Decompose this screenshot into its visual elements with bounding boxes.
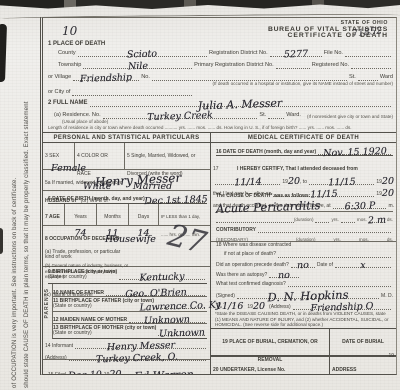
duration-label-2: (duration) <box>296 237 316 242</box>
margin-instruction-line2: of OCCUPATION is very important. See ins… <box>12 178 18 388</box>
duration-yrs-label: yrs. <box>331 217 338 222</box>
dob-row: 6 DATE OF BIRTH (month, day, and year) D… <box>48 191 207 204</box>
undertaker-label: 20 UNDERTAKER, License No. <box>213 367 285 373</box>
father-birthplace-field: Lawrence Co. Ky. <box>156 300 205 309</box>
age-days-label: Days <box>138 214 149 220</box>
undertaker-address-label: ADDRESS <box>332 367 356 373</box>
violent-causes-note: *State the DISEASE CAUSING DEATH, or in … <box>215 311 392 327</box>
duration-label: (duration) <box>294 217 314 222</box>
township-value: Nile <box>128 62 148 70</box>
occupation-a-label: (a) Trade, profession, or particular kin… <box>45 250 123 261</box>
abode-note: (Usual place of abode) <box>62 119 108 124</box>
township-label: Township <box>58 62 81 69</box>
test-row: What test confirmed diagnosis? <box>216 278 393 287</box>
registration-district-value: 5277 <box>284 50 308 58</box>
certify-block: 17 I HEREBY CERTIFY, That I attended dec… <box>211 156 396 194</box>
father-row: 10 NAME OF FATHER Geo. O'Brien <box>52 284 207 297</box>
operation-date-field: x <box>335 259 391 268</box>
parents-vertical-label: PARENTS <box>44 288 50 319</box>
primary-registration-label: Primary Registration District No. <box>194 62 274 69</box>
duration-yrs-label-2: yrs. <box>333 237 340 242</box>
registration-district-label: Registration District No. <box>209 50 268 57</box>
personal-column-title: PERSONAL AND STATISTICAL PARTICULARS <box>43 133 210 143</box>
personal-column: PERSONAL AND STATISTICAL PARTICULARS 3 S… <box>43 133 211 375</box>
certificate-form: STATE OF OHIO BUREAU OF VITAL STATISTICS… <box>40 17 397 375</box>
attended-to-field: 11/15 <box>309 176 374 185</box>
place-of-death-section-label: 1 PLACE OF DEATH <box>48 41 105 48</box>
informant-field: Henry Messer <box>75 340 206 349</box>
contributory-block: CONTRIBUTORY (SECONDARY) (duration) yrs.… <box>211 224 396 241</box>
date-of-death-field: Nov. 15 1920 <box>318 146 391 155</box>
operation-row: Did an operation precede death? no Date … <box>216 257 393 268</box>
father-birthplace-sub: (State or country) <box>53 303 92 309</box>
filed-date-value: Dec 10 <box>68 372 102 375</box>
signed-label: (Signed) <box>216 294 235 300</box>
father-field: Geo. O'Brien <box>106 287 205 296</box>
duration-ds-label: ds. <box>387 217 393 222</box>
where-contracted-block: 18 Where was disease contracted if not a… <box>211 241 396 257</box>
length-of-residence-note: Length of residence in city or town wher… <box>48 125 352 130</box>
file-no-label: File No. <box>324 50 343 57</box>
occupation-a-value: Housewife <box>105 234 156 245</box>
village-value: Friendship <box>80 74 132 83</box>
signed-row: (Signed) D. N. Hopkins M. D. <box>216 287 393 299</box>
autopsy-field: no <box>269 269 299 278</box>
county-label: County <box>58 50 76 57</box>
duration-value: 2 m <box>368 216 386 224</box>
full-name-value: Julia A. Messer <box>198 99 283 109</box>
registration-district-field: 5277 <box>270 48 322 57</box>
registrar-value: Ed Warren <box>134 371 194 375</box>
certificate-columns: PERSONAL AND STATISTICAL PARTICULARS 3 S… <box>43 132 396 375</box>
attended-from-value: 11/14 <box>234 179 262 187</box>
dob-label: 6 DATE OF BIRTH (month, day, and year) <box>48 196 145 203</box>
file-no-field <box>345 48 391 57</box>
attended-from-field: 11/14 <box>215 176 280 185</box>
sex-label: 3 SEX <box>45 153 59 159</box>
registrar-field: Ed Warren <box>123 369 205 375</box>
scanned-death-certificate: should state CAUSE OF DEATH in plain ter… <box>0 0 400 390</box>
scan-blob-artifact <box>0 228 3 254</box>
signed-year-value: 20 <box>253 303 265 310</box>
form-header: STATE OF OHIO BUREAU OF VITAL STATISTICS… <box>43 18 396 40</box>
street-no-field <box>152 72 347 81</box>
mother-birthplace-sub: (State or country) <box>53 330 92 336</box>
signed-date-row: 11/16 1920 (Address) Friendship O <box>216 299 393 310</box>
registered-no-field <box>351 60 391 69</box>
spouse-row: 5a If married, widowed, or divorced HUSB… <box>43 170 210 191</box>
filed-row: 15 Filed Dec 10 1920 Ed Warren <box>48 360 207 375</box>
handwritten-file-number: 71852 <box>352 28 383 38</box>
residence-st-label: St. <box>259 112 266 119</box>
father-birthplace-value: Lawrence Co. Ky. <box>139 301 222 311</box>
address-value: Friendship O <box>310 303 373 312</box>
address-label: (Address) <box>269 305 291 311</box>
residence-field: Turkey Creek <box>103 110 258 119</box>
certificate-title: CERTIFICATE OF DEATH <box>43 33 388 40</box>
operation-label: Did an operation precede death? <box>216 263 289 269</box>
birthplace-field: Kentucky <box>119 271 205 280</box>
occupation-row: 8 OCCUPATION OF DECEASED (a) Trade, prof… <box>43 226 210 267</box>
date-of-death-label: 16 DATE OF DEATH (month, day and year) <box>216 150 316 156</box>
test-field <box>288 278 391 287</box>
sex-race-marital-row: 3 SEX Female 4 COLOR OR RACE White 5 Sin… <box>43 143 210 170</box>
date-of-label: Date of <box>317 263 333 269</box>
age-months-label: Months <box>104 214 120 220</box>
margin-instruction-line1: should state CAUSE OF DEATH in plain ter… <box>24 101 30 388</box>
registered-no-label: Registered No. <box>312 62 349 69</box>
md-label: M. D. <box>381 294 393 300</box>
street-field <box>358 72 378 81</box>
duration-ds-label-2: ds. <box>387 237 393 242</box>
spouse-value: Henry Messer <box>95 171 182 189</box>
primary-registration-field <box>276 60 310 69</box>
township-field: Nile <box>83 60 192 69</box>
nonresident-note: (If nonresident give city or town and St… <box>307 114 393 119</box>
attended-to-year: 20 <box>382 178 394 185</box>
village-field: Friendship <box>73 72 139 81</box>
birthplace-value: Kentucky <box>139 273 184 282</box>
signed-field: D. N. Hopkins <box>237 290 379 299</box>
test-label: What test confirmed diagnosis? <box>216 282 286 288</box>
cause-value: Acute Pericarditis <box>216 202 321 213</box>
birthplace-row: 9 BIRTHPLACE (city or town)(State or cou… <box>48 267 207 284</box>
operation-date-value: x <box>360 262 366 269</box>
operation-field: no <box>291 259 315 268</box>
dob-field: Dec 1st 1845 <box>147 194 205 203</box>
mother-birthplace-field: Unknown <box>158 327 205 336</box>
filed-year-value: 20 <box>109 371 121 375</box>
father-label: 10 NAME OF FATHER <box>53 291 104 297</box>
mother-field: Unknown <box>129 314 205 323</box>
street-label: St. <box>349 74 356 81</box>
filed-label: 15 Filed <box>48 373 66 375</box>
age-label: 7 AGE <box>45 214 60 220</box>
street-no-label: No. <box>141 74 150 81</box>
parents-group: PARENTS 10 NAME OF FATHER Geo. O'Brien 1… <box>43 284 210 339</box>
city-field <box>72 87 192 96</box>
signed-date-value: 11/16 <box>216 303 243 310</box>
to-label: , to <box>300 180 307 186</box>
residence-value: Turkey Creek <box>147 112 213 121</box>
scan-blob-artifact <box>0 24 7 82</box>
county-value: Scioto <box>127 50 157 58</box>
attended-to-value: 11/15 <box>328 179 356 187</box>
torn-edge-artifact <box>0 0 400 9</box>
address-field: Friendship O <box>293 301 391 310</box>
medical-column-title: MEDICAL CERTIFICATE OF DEATH <box>211 133 396 143</box>
full-name-label: 2 FULL NAME <box>48 100 88 107</box>
contributory-label: CONTRIBUTORY <box>216 228 256 234</box>
ward-label: Ward <box>380 74 393 81</box>
cause-block: The CAUSE OF DEATH* was as follows: Acut… <box>211 194 396 224</box>
burial-date-label: DATE OF BURIAL <box>342 339 384 345</box>
county-field: Scioto <box>78 48 207 57</box>
signed-value: D. N. Hopkins <box>267 292 348 302</box>
attended-from-year: 20 <box>288 178 300 185</box>
handwritten-flourish: 27 <box>164 218 210 261</box>
medical-column: MEDICAL CERTIFICATE OF DEATH 16 DATE OF … <box>211 133 396 375</box>
undertaker-row: 20 UNDERTAKER, License No. Richards & Ra… <box>211 356 396 375</box>
mother-row: 12 MAIDEN NAME OF MOTHER Unknown <box>52 312 207 324</box>
burial-row: 19 PLACE OF BURIAL, CREMATION, OR REMOVA… <box>211 328 396 356</box>
date-of-death-row: 16 DATE OF DEATH (month, day and year) N… <box>216 143 393 156</box>
duration-mos-label-2: mos. <box>359 237 369 242</box>
city-label: or City of <box>48 89 70 96</box>
mother-birthplace-row: 13 BIRTHPLACE OF MOTHER (city or town)(S… <box>52 324 207 339</box>
where-contracted-label-2: if not at place of death? <box>224 252 276 258</box>
residence-label: (a) Residence. No. <box>54 112 101 119</box>
autopsy-label: Was there an autopsy? <box>216 273 267 279</box>
hospital-note: (If death occurred in a hospital or inst… <box>212 81 393 86</box>
informant-row: 14 Informant Henry Messer (Address) Turk… <box>43 339 210 360</box>
birthplace-sub: (State or country) <box>48 274 87 280</box>
informant-label: 14 Informant <box>45 344 73 350</box>
mother-label: 12 MAIDEN NAME OF MOTHER <box>53 318 127 324</box>
father-birthplace-row: 11 BIRTHPLACE OF FATHER (city or town)(S… <box>52 297 207 312</box>
age-years-label: Years <box>74 214 87 220</box>
certify-text: I HEREBY CERTIFY, That I attended deceas… <box>237 166 358 172</box>
filed-date-field: Dec 10 <box>68 369 102 375</box>
certify-number: 17 <box>213 166 219 172</box>
full-name-field: Julia A. Messer <box>90 98 391 107</box>
village-label: or Village <box>48 74 71 81</box>
informant-value: Henry Messer <box>106 342 174 351</box>
residence-ward-label: Ward. <box>286 112 301 119</box>
mother-birthplace-value: Unknown <box>159 329 205 338</box>
residence-st-field <box>268 110 284 119</box>
duration-mos-label: mos. <box>357 217 367 222</box>
